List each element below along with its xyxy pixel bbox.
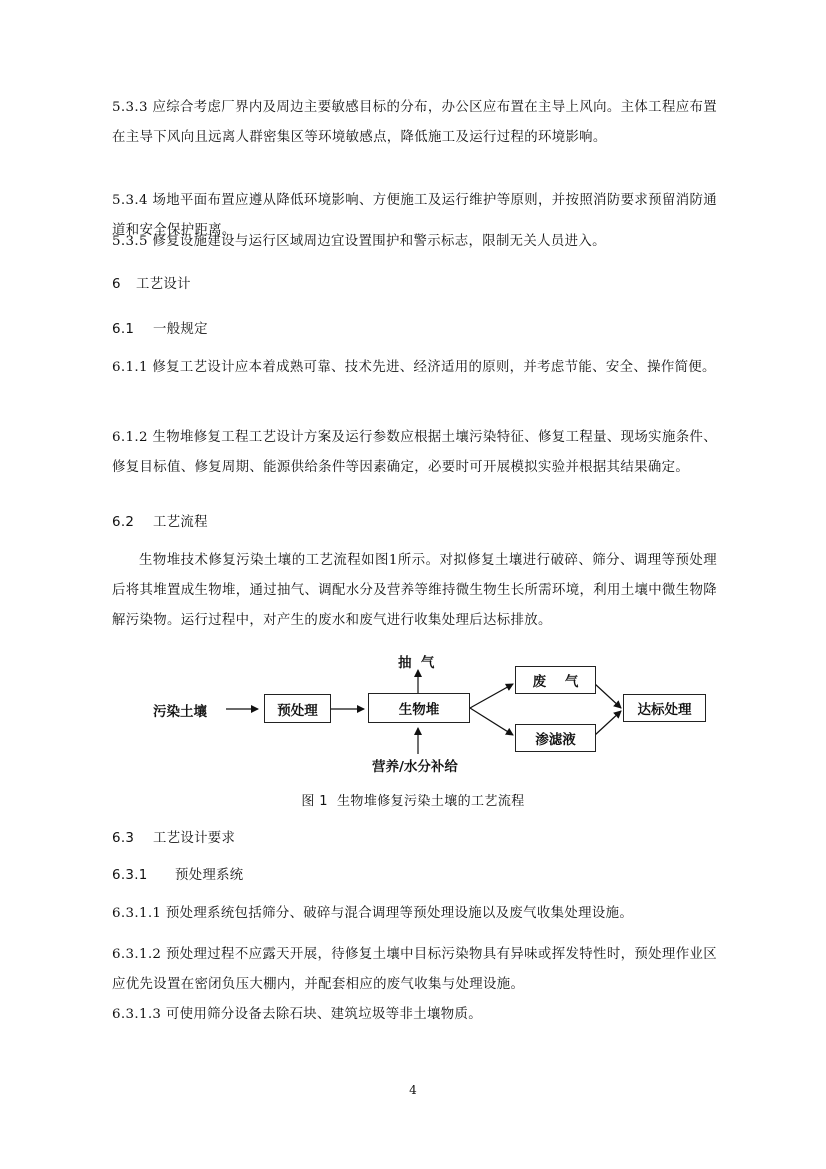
section-title: 工艺流程	[153, 515, 208, 530]
section-number: 6.1	[112, 320, 153, 340]
section-number: 6.2	[112, 513, 153, 533]
box-pretreatment: 预处理	[264, 694, 331, 723]
section-title: 工艺设计	[136, 277, 191, 292]
figure-caption: 图 1 生物堆修复污染土壤的工艺流程	[0, 790, 826, 809]
label-air-extraction: 抽 气	[398, 651, 434, 671]
paragraph-5-3-3: 5.3.3 应综合考虑厂界内及周边主要敏感目标的分布，办公区应布置在主导上风向。…	[112, 93, 717, 153]
section-6-1-heading: 6.1一般规定	[112, 320, 208, 340]
label-nutrient-water-supply: 营养/水分补给	[372, 755, 458, 775]
box-compliant-discharge: 达标处理	[623, 694, 706, 722]
section-6-2-heading: 6.2工艺流程	[112, 513, 208, 533]
section-title: 预处理系统	[175, 868, 243, 883]
paragraph-6-2: 生物堆技术修复污染土壤的工艺流程如图1所示。对拟修复土壤进行破碎、筛分、调理等预…	[112, 546, 717, 636]
section-title: 一般规定	[153, 322, 208, 337]
section-number: 6.3.1	[112, 866, 175, 886]
page-number: 4	[0, 1083, 826, 1097]
section-title: 工艺设计要求	[153, 831, 235, 846]
section-6-heading: 6工艺设计	[112, 275, 191, 295]
paragraph-6-3-1-2: 6.3.1.2 预处理过程不应露天开展，待修复土壤中目标污染物具有异味或挥发特性…	[112, 940, 717, 1000]
input-label-contaminated-soil: 污染土壤	[153, 700, 207, 720]
paragraph-6-1-2: 6.1.2 生物堆修复工程工艺设计方案及运行参数应根据土壤污染特征、修复工程量、…	[112, 423, 717, 483]
section-6-3-heading: 6.3工艺设计要求	[112, 829, 235, 849]
section-number: 6	[112, 275, 136, 295]
paragraph-6-3-1-1: 6.3.1.1 预处理系统包括筛分、破碎与混合调理等预处理设施以及废气收集处理设…	[112, 899, 717, 929]
box-waste-gas: 废 气	[515, 666, 596, 694]
section-6-3-1-heading: 6.3.1预处理系统	[112, 866, 243, 886]
box-biopile: 生物堆	[368, 693, 470, 723]
paragraph-6-1-1: 6.1.1 修复工艺设计应本着成熟可靠、技术先进、经济适用的原则，并考虑节能、安…	[112, 353, 717, 383]
section-number: 6.3	[112, 829, 153, 849]
box-leachate: 渗滤液	[515, 724, 596, 752]
paragraph-5-3-5: 5.3.5 修复设施建设与运行区域周边宜设置围护和警示标志，限制无关人员进入。	[112, 227, 717, 257]
process-flow-diagram: 污染土壤 预处理 生物堆 抽 气 营养/水分补给 废 气 渗滤液 达标处理	[140, 650, 720, 780]
paragraph-6-3-1-3: 6.3.1.3 可使用筛分设备去除石块、建筑垃圾等非土壤物质。	[112, 1000, 717, 1030]
